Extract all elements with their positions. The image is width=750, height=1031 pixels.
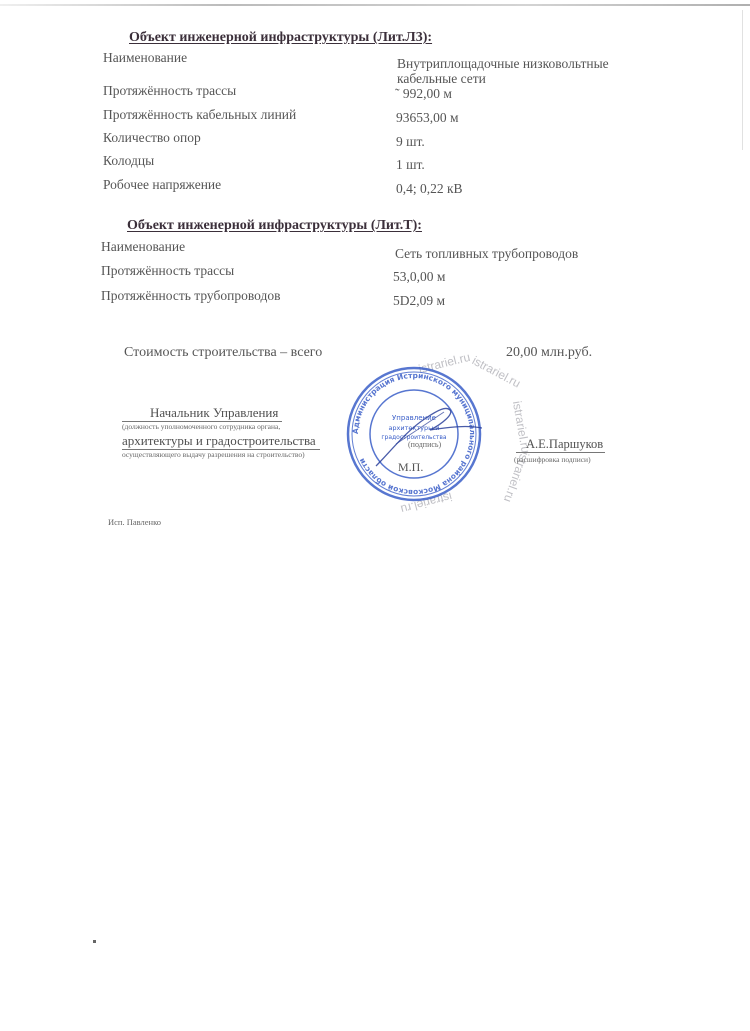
scan-edge-right bbox=[742, 10, 743, 150]
row-value-cable-length: 93653,00 м bbox=[396, 110, 459, 126]
signatory-name: А.Е.Паршуков bbox=[516, 437, 605, 453]
scan-edge-line bbox=[0, 4, 750, 6]
section-title-lit-l3: Объект инженерной инфраструктуры (Лит.Л3… bbox=[129, 30, 432, 46]
row-label-wells: Колодцы bbox=[103, 153, 154, 169]
row-value-wells: 1 шт. bbox=[396, 157, 425, 173]
row-value-name-2: Сеть топливных трубопроводов bbox=[395, 246, 578, 262]
row-value-name: Внутриплощадочные низковольтные кабельны… bbox=[397, 56, 647, 86]
row-label-voltage: Робочее напряжение bbox=[103, 177, 221, 193]
signatory-position-caption1: (должность уполномоченного сотрудника ор… bbox=[122, 422, 280, 431]
signatory-name-caption: (расшифровка подписи) bbox=[514, 455, 591, 464]
row-value-poles-count: 9 шт. bbox=[396, 134, 425, 150]
row-label-name-2: Наименование bbox=[101, 239, 185, 255]
cost-label: Стоимость строительства – всего bbox=[124, 345, 322, 361]
row-label-route-length-2: Протяжённость трассы bbox=[101, 263, 234, 279]
official-stamp: Администрация Истринского муниципального… bbox=[346, 366, 482, 502]
cost-value: 20,00 млн.руб. bbox=[506, 345, 592, 361]
section-title-lit-t: Объект инженерной инфраструктуры (Лит.Т)… bbox=[127, 218, 422, 234]
row-value-voltage: 0,4; 0,22 кВ bbox=[396, 181, 463, 197]
row-label-poles-count: Количество опор bbox=[103, 130, 201, 146]
signatory-position-line2: архитектуры и градостроительства bbox=[122, 433, 320, 450]
executor-name: Исп. Павленко bbox=[108, 517, 161, 527]
signatory-position-line1: Начальник Управления bbox=[122, 405, 282, 422]
row-value-route-length: ˜ 992,00 м bbox=[395, 86, 452, 102]
signatory-position-caption2: осуществляющего выдачу разрешения на стр… bbox=[122, 450, 305, 459]
row-label-route-length: Протяжённость трассы bbox=[103, 83, 236, 99]
row-value-pipeline-length: 5D2,09 м bbox=[393, 293, 445, 309]
scan-dot bbox=[93, 940, 96, 943]
row-label-cable-length: Протяжённость кабельных линий bbox=[103, 107, 296, 123]
row-label-name: Наименование bbox=[103, 50, 187, 66]
stamp-inner-text-3: градостроительства bbox=[381, 434, 447, 441]
row-value-route-length-2: 53,0,00 м bbox=[393, 269, 445, 285]
row-label-pipeline-length: Протяжённость трубопроводов bbox=[101, 288, 280, 304]
